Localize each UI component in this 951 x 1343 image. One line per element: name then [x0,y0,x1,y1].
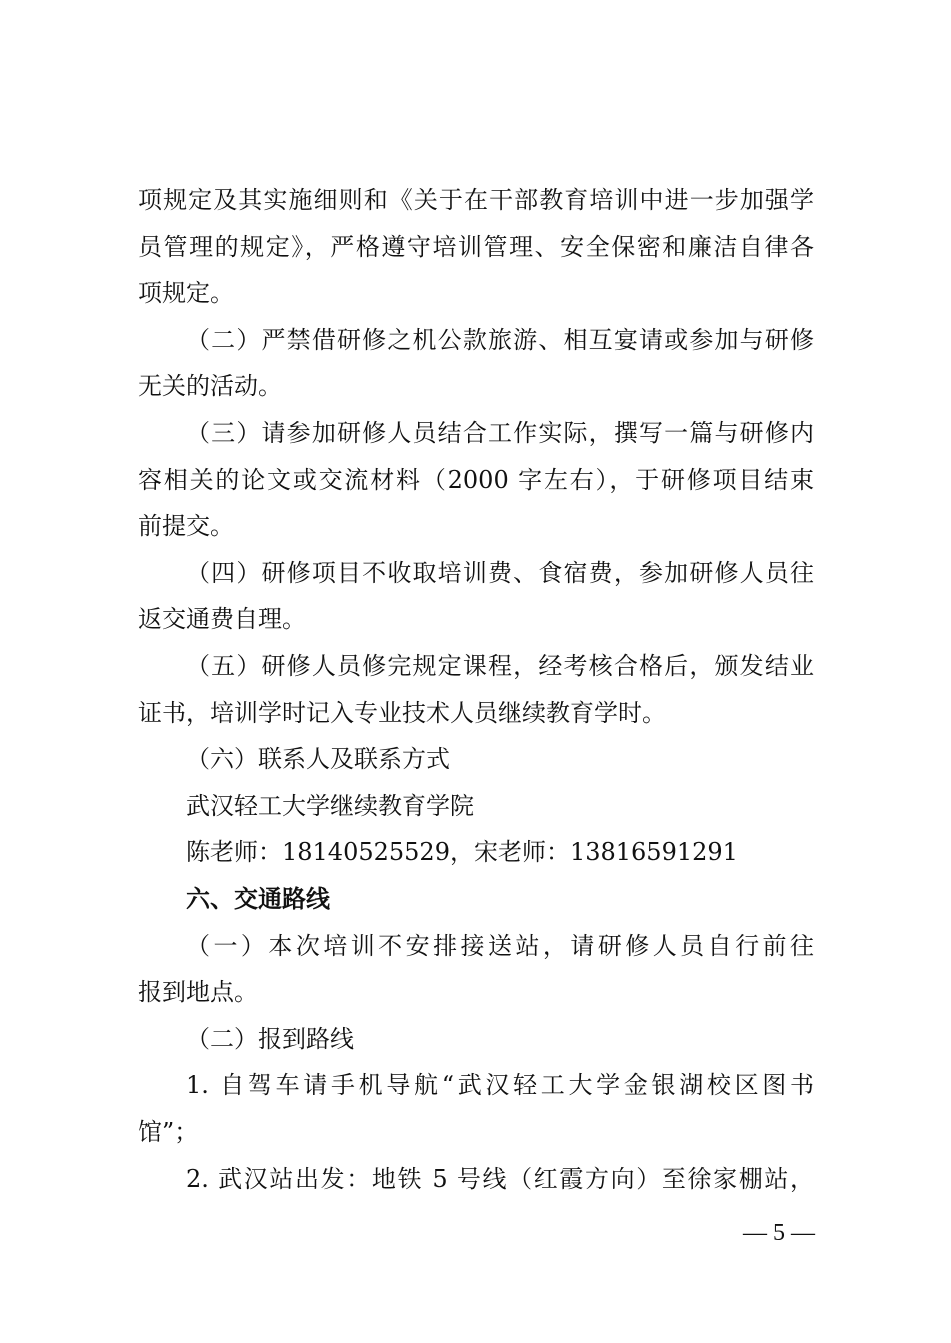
paragraph-line: （四）研修项目不收取培训费、食宿费，参加研修人员往 [186,556,814,590]
section-heading-transport: 六、交通路线 [186,882,814,916]
paragraph-line: 容相关的论文或交流材料（2000 字左右），于研修项目结束 [138,463,814,497]
paragraph-line: 员管理的规定》，严格遵守培训管理、安全保密和廉洁自律各 [138,230,814,264]
document-page: 项规定及其实施细则和《关于在干部教育培训中进一步加强学 员管理的规定》，严格遵守… [0,0,951,1343]
paragraph-line: 报到地点。 [138,975,814,1009]
route-item: 1. 自驾车请手机导航“武汉轻工大学金银湖校区图书 [186,1068,814,1102]
paragraph-line: （一）本次培训不安排接送站，请研修人员自行前往 [186,929,814,963]
contact-phones: 陈老师：18140525529，宋老师：13816591291 [186,835,814,869]
route-item-continued: 馆”； [138,1115,814,1149]
paragraph-line: 证书，培训学时记入专业技术人员继续教育学时。 [138,696,814,730]
route-item: 2. 武汉站出发：地铁 5 号线（红霞方向）至徐家棚站， [186,1162,814,1196]
paragraph-line: 返交通费自理。 [138,602,814,636]
section-subheading-contacts: （六）联系人及联系方式 [186,742,814,776]
paragraph-line: 前提交。 [138,509,814,543]
paragraph-line: （五）研修人员修完规定课程，经考核合格后，颁发结业 [186,649,814,683]
page-number: — 5 — [743,1216,815,1250]
paragraph-line: （三）请参加研修人员结合工作实际，撰写一篇与研修内 [186,416,814,450]
paragraph-line: 项规定。 [138,276,814,310]
section-subheading-route: （二）报到路线 [186,1022,814,1056]
paragraph-line: 无关的活动。 [138,369,814,403]
paragraph-line: 项规定及其实施细则和《关于在干部教育培训中进一步加强学 [138,183,814,217]
paragraph-line: （二）严禁借研修之机公款旅游、相互宴请或参加与研修 [186,323,814,357]
contact-organization: 武汉轻工大学继续教育学院 [186,789,814,823]
